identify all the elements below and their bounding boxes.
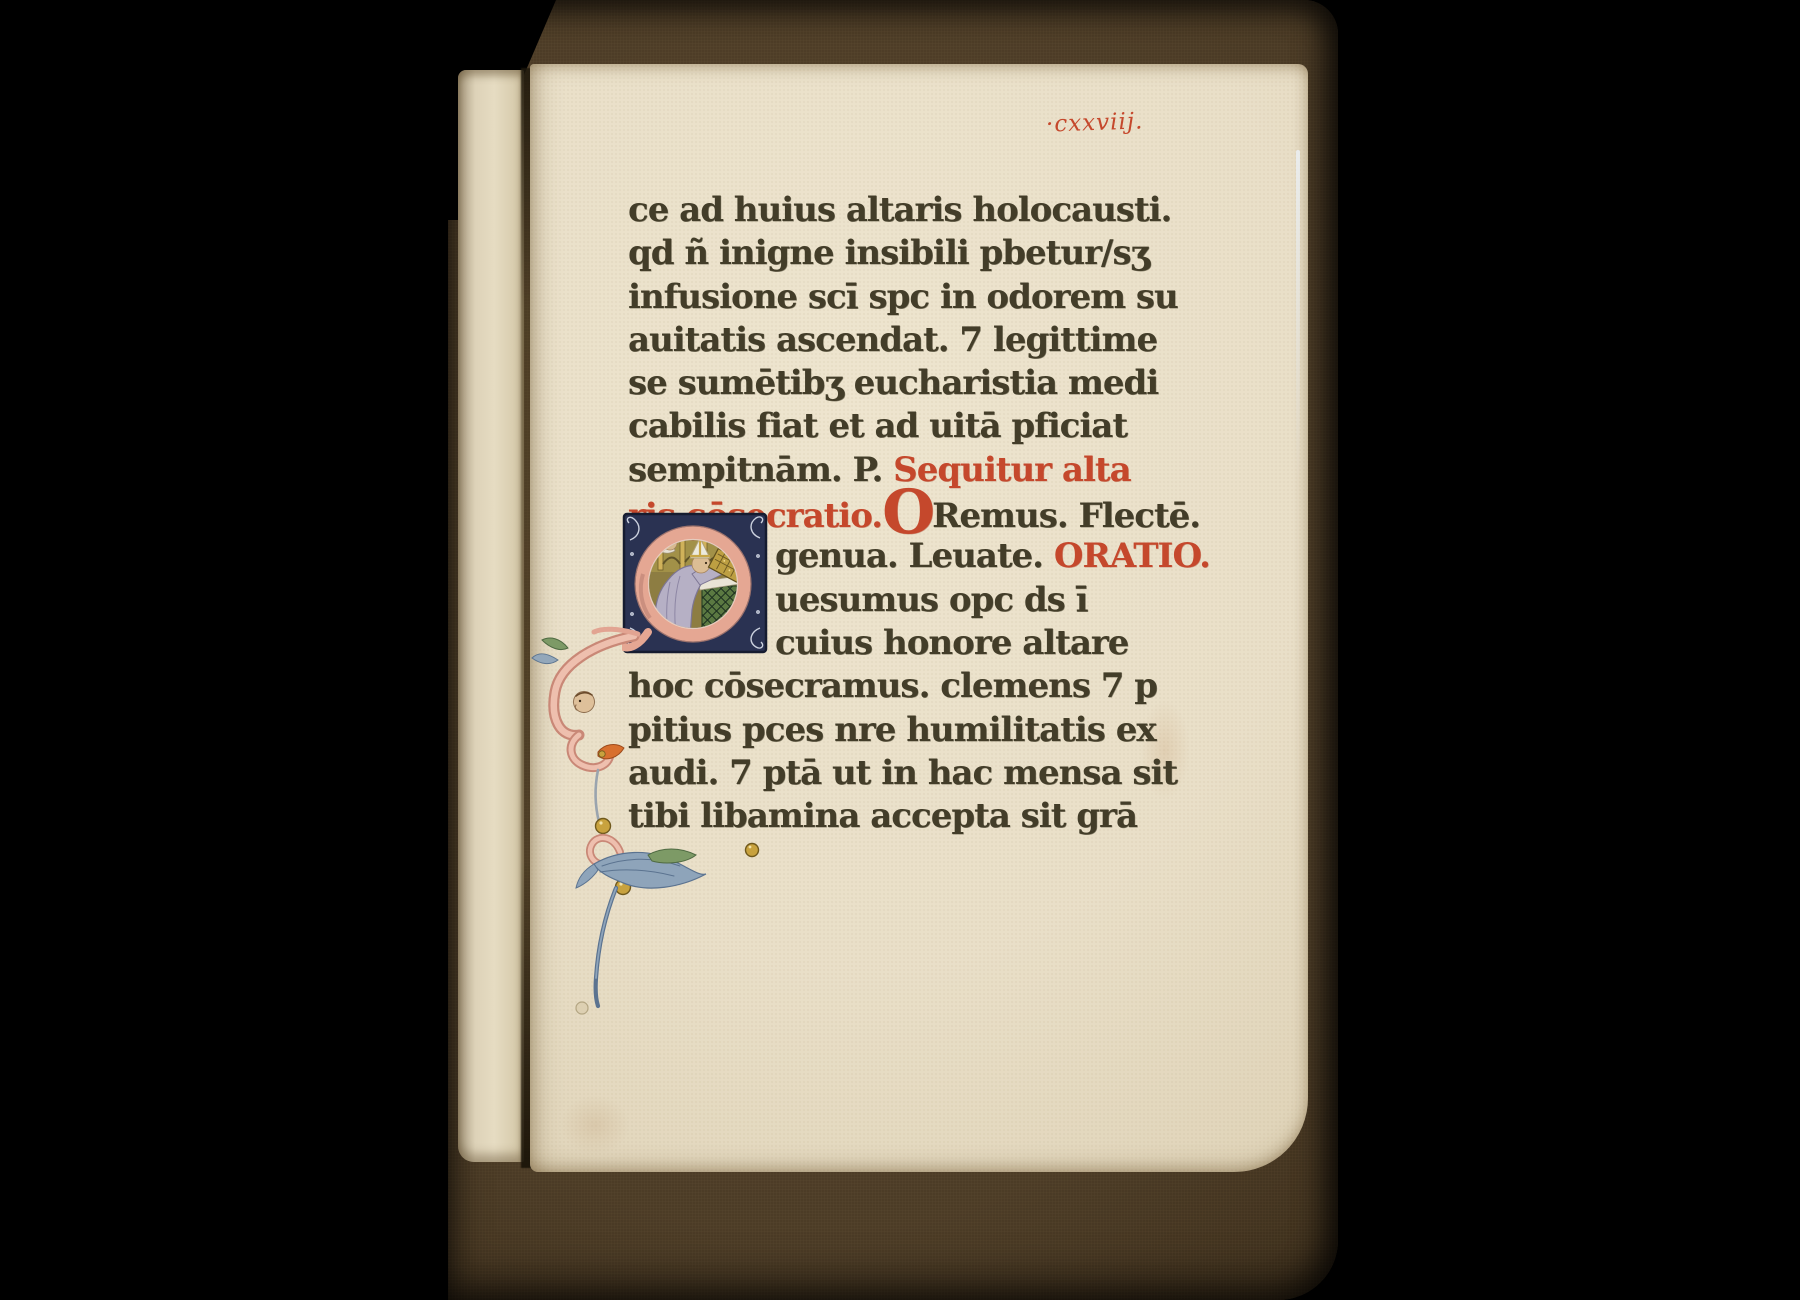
text-segment-ink: cabilis fiat et ad uitā pficiat [628,406,1127,446]
text-segment-ink: qd ñ inigne insibili pbetur/sʒ [628,233,1149,273]
blue-acanthus-leaf [576,849,706,888]
text-segment-ink: cuius honore altare [775,623,1128,663]
folio-number: ·cxxviij. [1046,108,1144,137]
text-segment-ink: Remus. Flectē. [932,496,1200,536]
text-line: cabilis fiat et ad uitā pficiat [628,406,1108,449]
text-line: auitatis ascendat. 7 legittime [628,320,1108,363]
leaf-accents-top [532,638,568,664]
green-leaf [648,849,696,863]
long-blue-tail [596,888,616,1006]
text-segment-ink: infusione scī spc in odorem su [628,277,1178,317]
pink-scroll-with-face [554,629,638,767]
marginal-flourish [498,626,798,1026]
scroll-face [574,692,595,713]
page-edge-highlight [1296,150,1300,480]
text-line: qd ñ inigne insibili pbetur/sʒ [628,233,1108,276]
stem [595,770,599,822]
flourish-illustration [498,626,798,1026]
text-segment-ink: sempitnām. P. [628,450,893,490]
text-line: ce ad huius altaris holocausti. [628,190,1108,233]
text-segment-ink: uesumus opc ds ī [775,580,1088,620]
text-line: sempitnām. P. Sequitur alta [628,450,1108,493]
text-line: se sumētibʒ eucharistia medi [628,363,1108,406]
gold-bezants [576,819,759,1015]
orange-flower [598,745,624,759]
text-segment-ink: se sumētibʒ eucharistia medi [628,363,1158,403]
text-line: infusione scī spc in odorem su [628,277,1108,320]
manuscript-photo: ·cxxviij. ce ad huius altaris holocausti… [0,0,1800,1300]
text-segment-rubric: ORATIO. [1054,536,1210,576]
rubric-initial-o: O [882,493,932,536]
text-segment-ink: auitatis ascendat. 7 legittime [628,320,1157,360]
text-segment-ink: ce ad huius altaris holocausti. [628,190,1171,230]
